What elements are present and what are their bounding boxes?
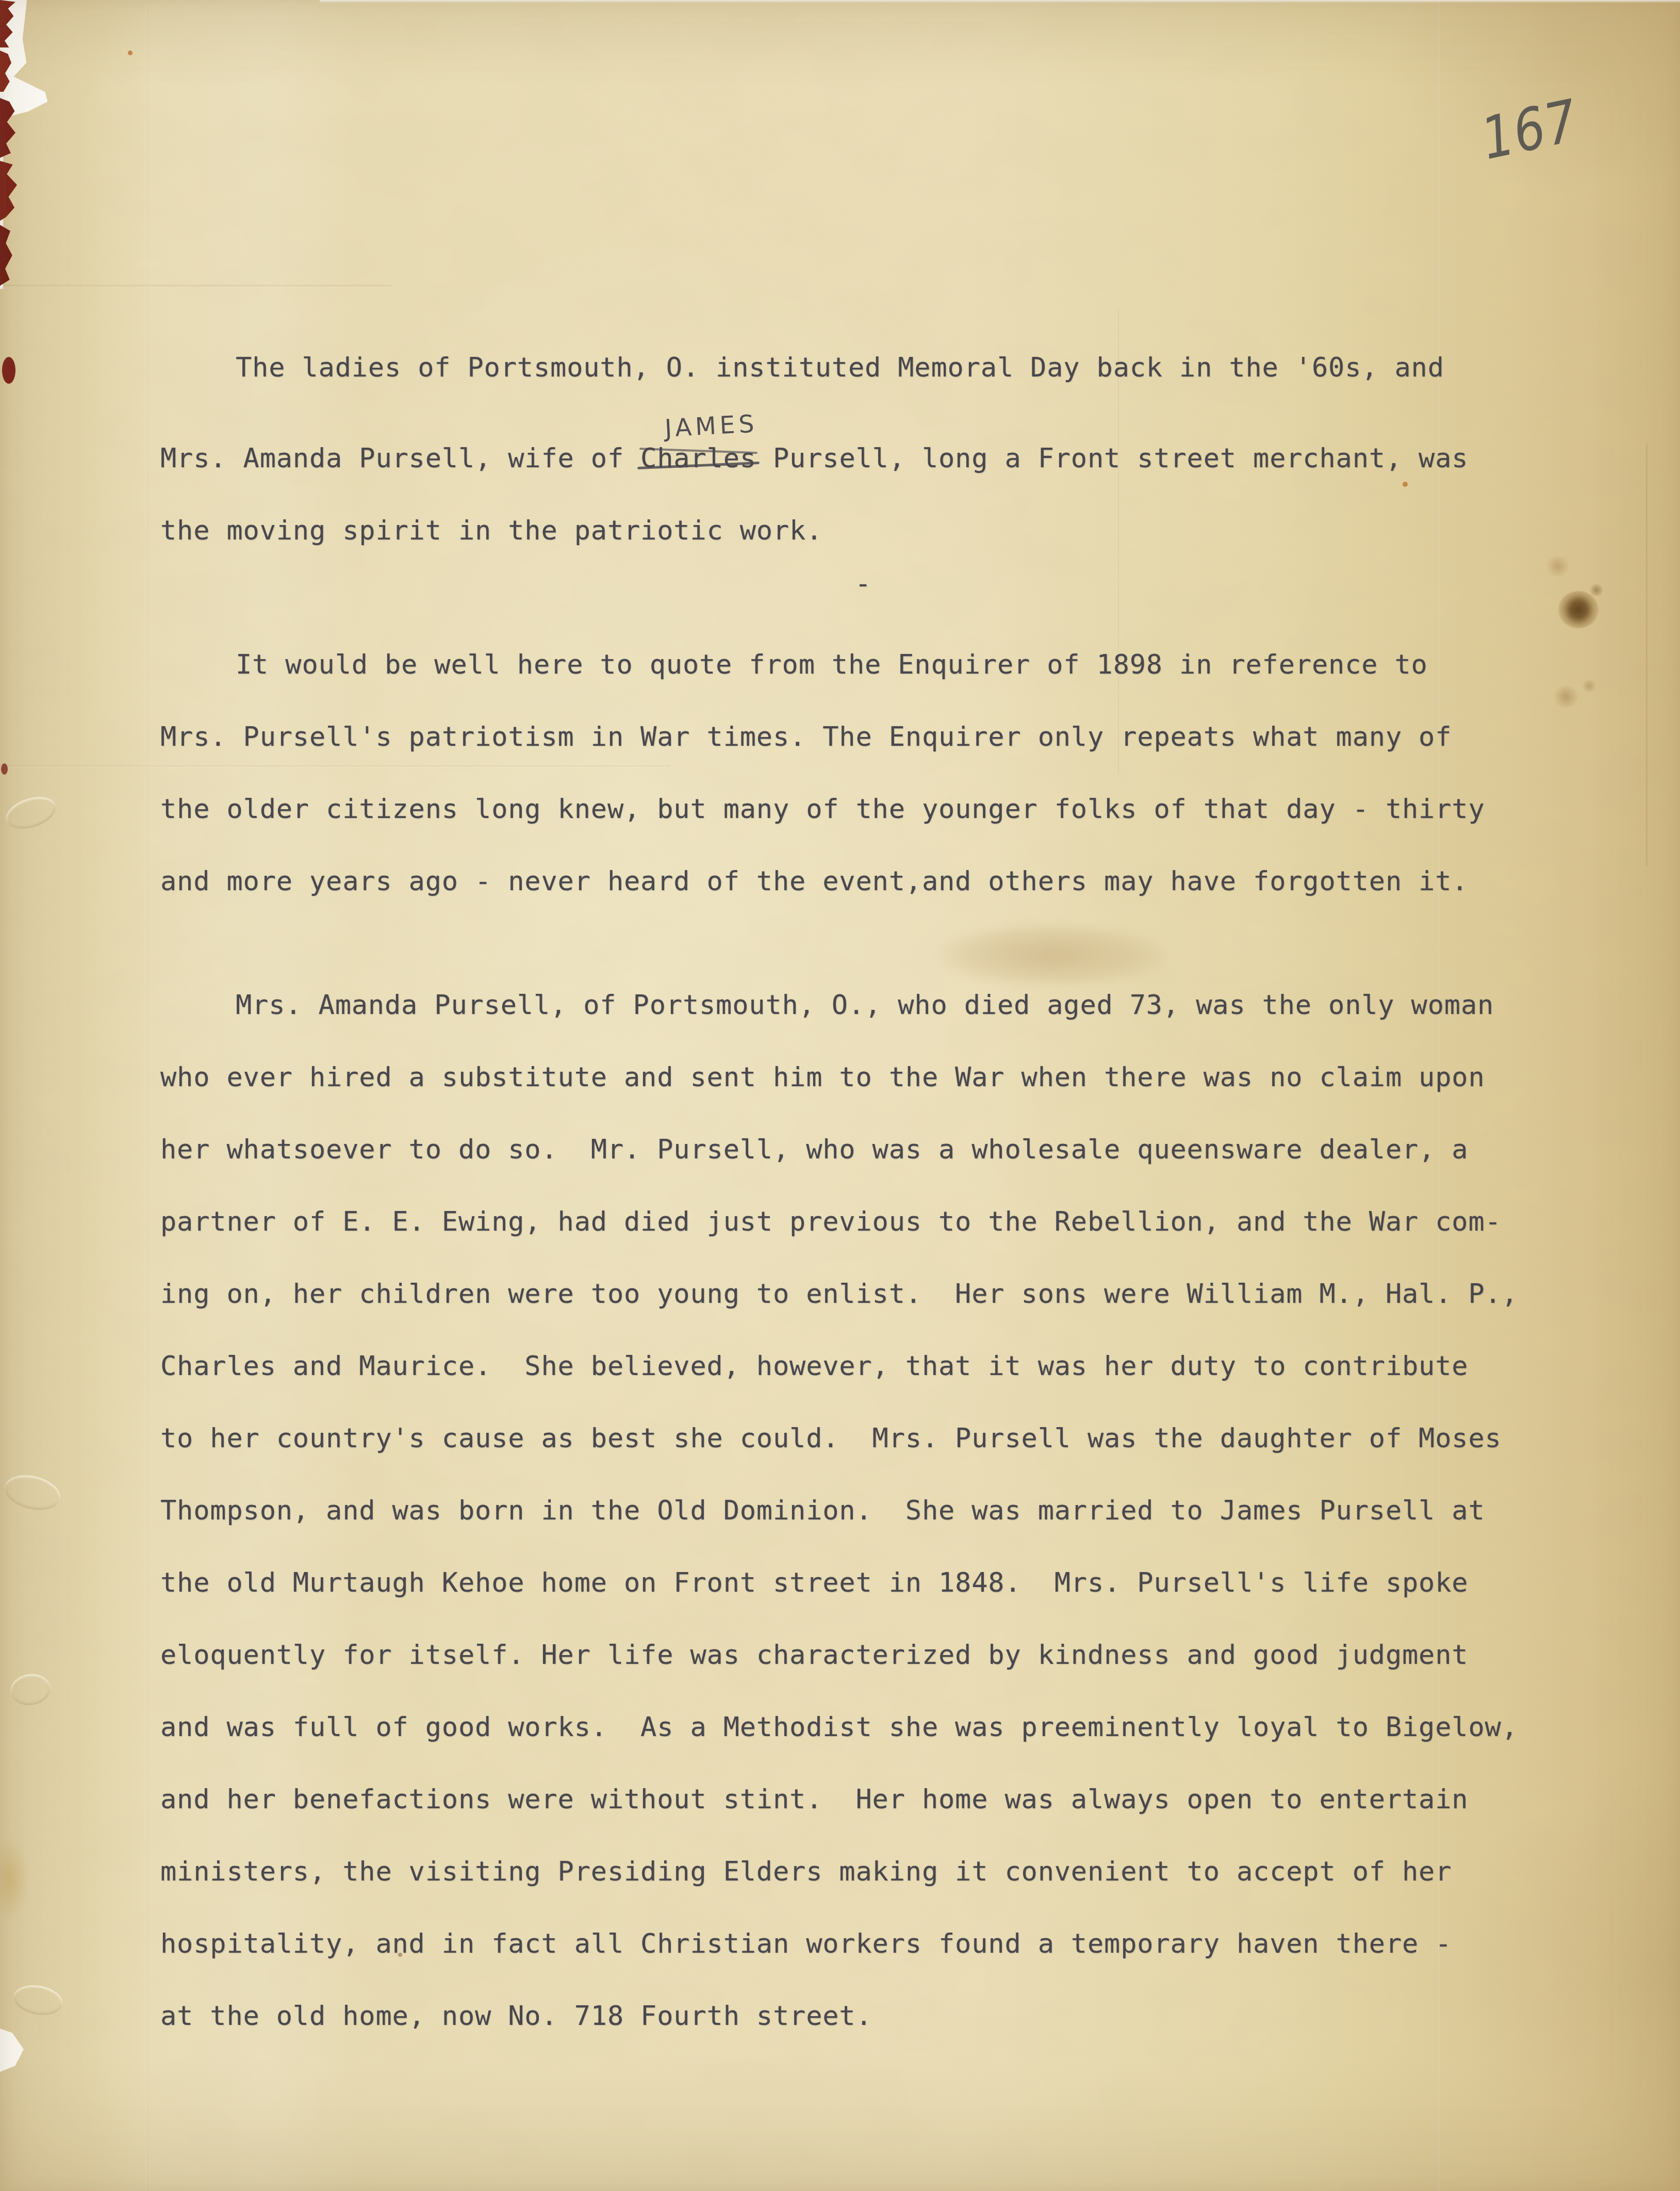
typewritten-line: Mrs. Pursell's patriotism in War times. … — [160, 701, 1553, 773]
typewritten-line: ing on, her children were too young to e… — [160, 1258, 1553, 1330]
manuscript-scan-page: 167 The ladies of Portsmouth, O. institu… — [0, 0, 1680, 2191]
paragraph-3: Mrs. Amanda Pursell, of Portsmouth, O., … — [160, 969, 1553, 2052]
section-divider-dash: - — [855, 548, 871, 620]
typewritten-line: who ever hired a substitute and sent him… — [160, 1041, 1553, 1114]
typewritten-line: the old Murtaugh Kehoe home on Front str… — [160, 1547, 1553, 1619]
line-segment: Pursell, long a Front street merchant, w… — [756, 443, 1469, 474]
typewritten-line: partner of E. E. Ewing, had died just pr… — [160, 1186, 1553, 1258]
typewritten-line: and her benefactions were without stint.… — [160, 1763, 1553, 1836]
typewritten-line: Charles and Maurice. She believed, howev… — [160, 1330, 1553, 1402]
typewritten-line: The ladies of Portsmouth, O. instituted … — [160, 332, 1553, 404]
typewritten-line: Mrs. Amanda Pursell, of Portsmouth, O., … — [160, 969, 1553, 1041]
typewritten-line: It would be well here to quote from the … — [160, 629, 1553, 701]
typewritten-line: the older citizens long knew, but many o… — [160, 773, 1553, 845]
typewritten-line: and more years ago - never heard of the … — [160, 845, 1553, 918]
typewritten-line: hospitality, and in fact all Christian w… — [160, 1908, 1553, 1980]
paragraph-1: The ladies of Portsmouth, O. instituted … — [160, 332, 1553, 567]
typewritten-line: Thompson, and was born in the Old Domini… — [160, 1475, 1553, 1547]
paragraph-2: It would be well here to quote from the … — [160, 629, 1553, 918]
typewritten-line-with-correction: Mrs. Amanda Pursell, wife of Charles Pur… — [160, 422, 1553, 495]
handwritten-correction-james: JAMES — [663, 388, 759, 465]
line-segment: Mrs. Amanda Pursell, wife of — [160, 443, 640, 474]
typewritten-line: to her country's cause as best she could… — [160, 1402, 1553, 1475]
typewritten-line: at the old home, now No. 718 Fourth stre… — [160, 1980, 1553, 2052]
typewritten-text: The ladies of Portsmouth, O. instituted … — [160, 0, 1553, 2191]
typewritten-line: her whatsoever to do so. Mr. Pursell, wh… — [160, 1114, 1553, 1186]
typewritten-line: ministers, the visiting Presiding Elders… — [160, 1836, 1553, 1908]
typewritten-line: eloquently for itself. Her life was char… — [160, 1619, 1553, 1691]
typewritten-line: and was full of good works. As a Methodi… — [160, 1691, 1553, 1763]
